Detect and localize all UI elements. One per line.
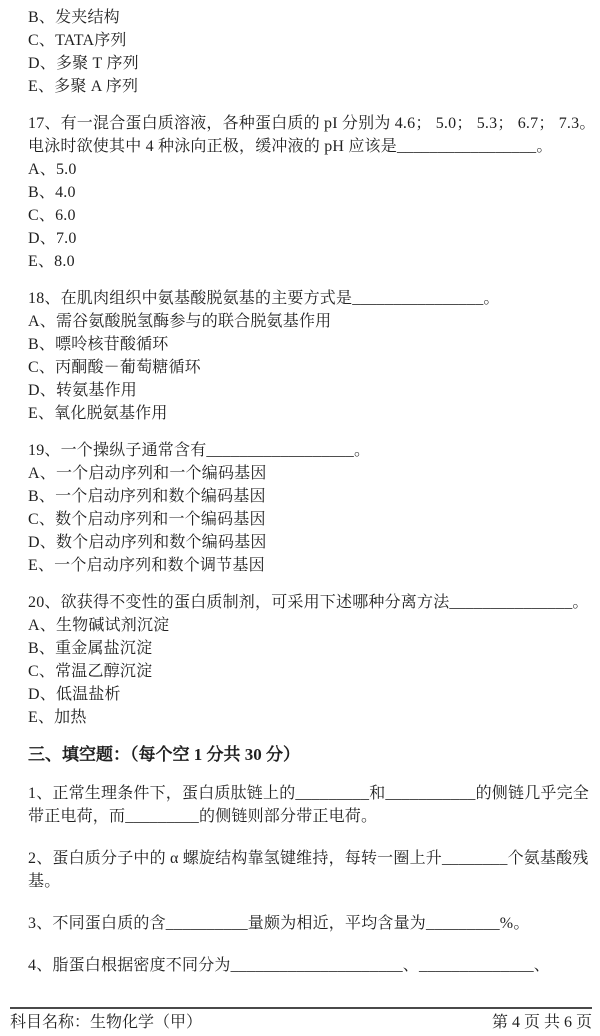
question-stem: 17、有一混合蛋白质溶液，各种蛋白质的 pI 分别为 4.6； 5.0； 5.3… [28,112,588,135]
question-option: E、一个启动序列和数个调节基因 [28,554,588,577]
question-option: E、多聚 A 序列 [28,75,588,98]
question-option: B、嘌呤核苷酸循环 [28,333,588,356]
question-option: E、8.0 [28,250,588,273]
fill-question-2: 2、蛋白质分子中的 α 螺旋结构靠氢键维持，每转一圈上升________个氨基酸… [28,847,588,893]
question-option: D、转氨基作用 [28,379,588,402]
question-option: B、重金属盐沉淀 [28,637,588,660]
fill-question-line: 4、脂蛋白根据密度不同分为_____________________、_____… [28,954,588,977]
question-stem: 电泳时欲使其中 4 种泳向正极，缓冲液的 pH 应该是_____________… [28,135,588,158]
section-header-fill-blanks: 三、填空题：（每个空 1 分共 30 分） [28,743,588,766]
question-option: E、氧化脱氨基作用 [28,402,588,425]
question-option: C、TATA序列 [28,29,588,52]
question-option: E、加热 [28,706,588,729]
fill-question-3: 3、不同蛋白质的含__________量颇为相近，平均含量为_________%… [28,912,588,935]
question-17: 17、有一混合蛋白质溶液，各种蛋白质的 pI 分别为 4.6； 5.0； 5.3… [28,112,588,273]
question-18: 18、在肌肉组织中氨基酸脱氨基的主要方式是________________。 A… [28,287,588,425]
question-option: A、需谷氨酸脱氢酶参与的联合脱氨基作用 [28,310,588,333]
fill-question-4: 4、脂蛋白根据密度不同分为_____________________、_____… [28,954,588,977]
question-option: C、丙酮酸－葡萄糖循环 [28,356,588,379]
question-option: D、低温盐析 [28,683,588,706]
footer-subject-name: 科目名称：生物化学（甲） [10,1012,202,1034]
question-option: C、数个启动序列和一个编码基因 [28,508,588,531]
question-option: B、4.0 [28,181,588,204]
question-16-options-continued: B、发夹结构 C、TATA序列 D、多聚 T 序列 E、多聚 A 序列 [28,6,588,98]
fill-question-line: 1、正常生理条件下，蛋白质肽链上的_________和___________的侧… [28,782,588,805]
question-option: A、生物碱试剂沉淀 [28,614,588,637]
question-stem: 19、一个操纵子通常含有__________________。 [28,439,588,462]
question-option: C、常温乙醇沉淀 [28,660,588,683]
fill-question-line: 3、不同蛋白质的含__________量颇为相近，平均含量为_________%… [28,912,588,935]
footer-page-number: 第 4 页 共 6 页 [492,1012,592,1034]
question-option: B、一个启动序列和数个编码基因 [28,485,588,508]
question-option: D、7.0 [28,227,588,250]
question-option: C、6.0 [28,204,588,227]
fill-question-line: 基。 [28,870,588,893]
question-option: A、5.0 [28,158,588,181]
question-20: 20、欲获得不变性的蛋白质制剂，可采用下述哪种分离方法_____________… [28,591,588,729]
question-19: 19、一个操纵子通常含有__________________。 A、一个启动序列… [28,439,588,577]
question-option: B、发夹结构 [28,6,588,29]
page-content: B、发夹结构 C、TATA序列 D、多聚 T 序列 E、多聚 A 序列 17、有… [28,6,588,996]
question-option: D、多聚 T 序列 [28,52,588,75]
fill-question-line: 2、蛋白质分子中的 α 螺旋结构靠氢键维持，每转一圈上升________个氨基酸… [28,847,588,870]
question-stem: 20、欲获得不变性的蛋白质制剂，可采用下述哪种分离方法_____________… [28,591,588,614]
footer-divider [10,1007,592,1009]
question-option: D、数个启动序列和数个编码基因 [28,531,588,554]
question-stem: 18、在肌肉组织中氨基酸脱氨基的主要方式是________________。 [28,287,588,310]
question-option: A、一个启动序列和一个编码基因 [28,462,588,485]
exam-page: B、发夹结构 C、TATA序列 D、多聚 T 序列 E、多聚 A 序列 17、有… [0,0,600,1036]
fill-question-line: 带正电荷，而_________的侧链则部分带正电荷。 [28,805,588,828]
page-footer: 科目名称：生物化学（甲） 第 4 页 共 6 页 [10,1012,592,1034]
fill-question-1: 1、正常生理条件下，蛋白质肽链上的_________和___________的侧… [28,782,588,828]
